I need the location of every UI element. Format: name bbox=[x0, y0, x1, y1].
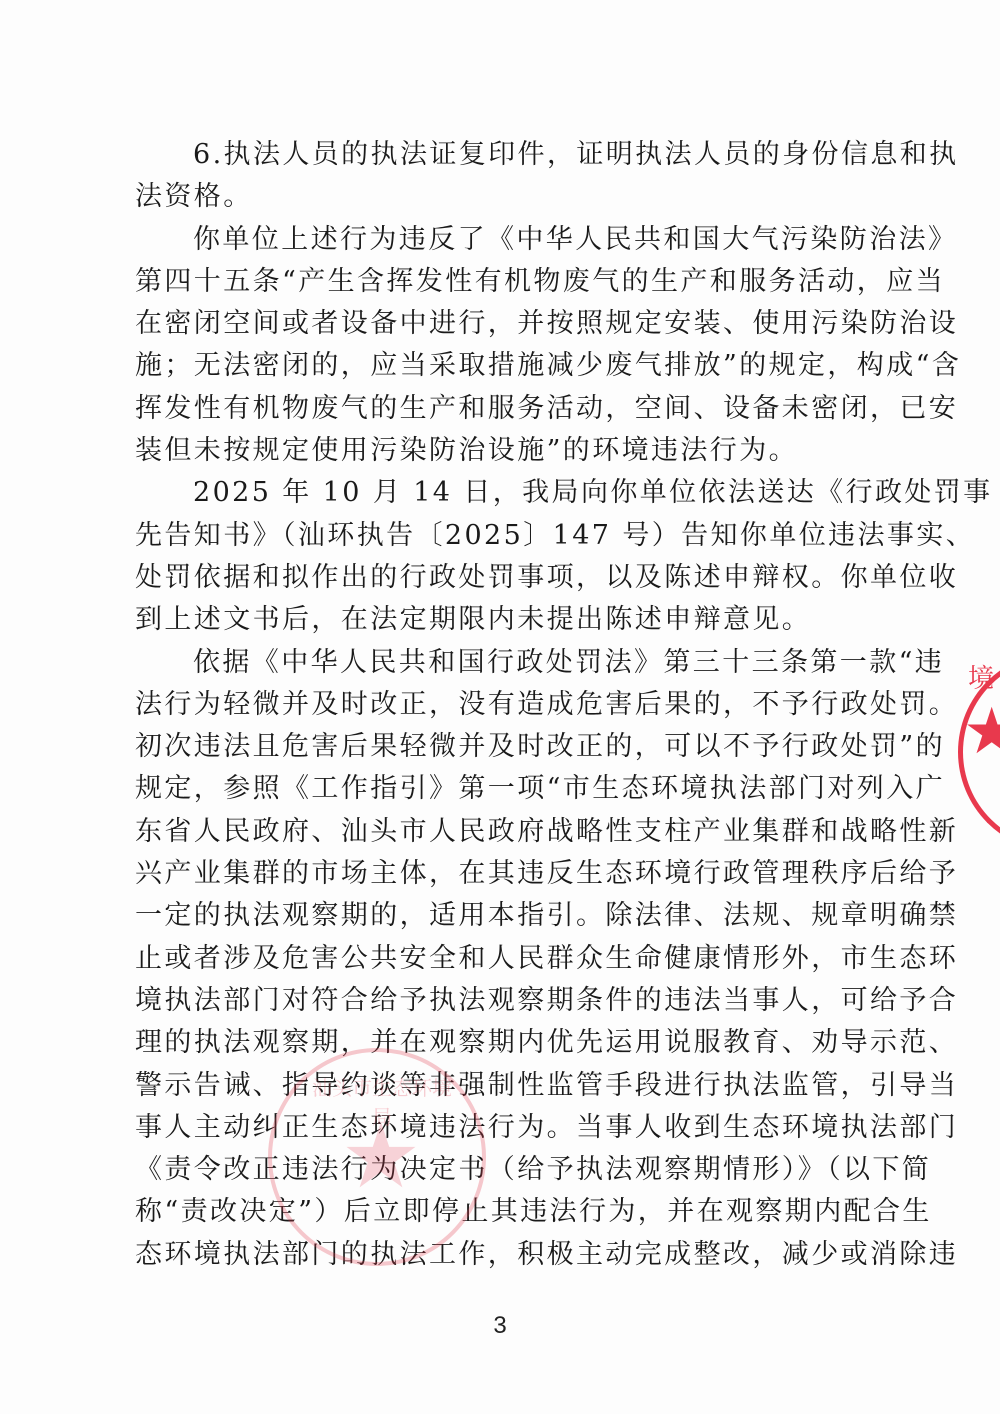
text-line: 兴产业集群的市场主体，在其违反生态环境行政管理秩序后给予 bbox=[135, 853, 887, 895]
text-line: 在密闭空间或者设备中进行，并按照规定安装、使用污染防治设 bbox=[135, 303, 887, 345]
text-line: 东省人民政府、汕头市人民政府战略性支柱产业集群和战略性新 bbox=[135, 811, 887, 853]
text-line: 规定，参照《工作指引》第一项“市生态环境执法部门对列入广 bbox=[135, 768, 887, 810]
text-line: 称“责改决定”）后立即停止其违法行为，并在观察期内配合生 bbox=[135, 1191, 887, 1233]
seal-char: 境 bbox=[968, 658, 994, 695]
body-text: 6.执法人员的执法证复印件，证明执法人员的身份信息和执 法资格。 你单位上述行为… bbox=[135, 134, 887, 1276]
text-line: 处罚依据和拟作出的行政处罚事项，以及陈述申辩权。你单位收 bbox=[135, 557, 887, 599]
official-seal-edge: 境 ★ bbox=[940, 630, 1000, 880]
text-line: 挥发性有机物废气的生产和服务活动，空间、设备未密闭，已安 bbox=[135, 388, 887, 430]
text-line: 《责令改正违法行为决定书（给予执法观察期情形）》（以下简 bbox=[135, 1149, 887, 1191]
text-line: 初次违法且危害后果轻微并及时改正的，可以不予行政处罚”的 bbox=[135, 726, 887, 768]
page-number: 3 bbox=[0, 1312, 1000, 1340]
text-line: 第四十五条“产生含挥发性有机物废气的生产和服务活动，应当 bbox=[135, 261, 887, 303]
text-line: 到上述文书后，在法定期限内未提出陈述申辩意见。 bbox=[135, 599, 887, 641]
star-icon: ★ bbox=[963, 700, 1000, 764]
text-line: 态环境执法部门的执法工作，积极主动完成整改，减少或消除违 bbox=[135, 1234, 887, 1276]
text-line: 你单位上述行为违反了《中华人民共和国大气污染防治法》 bbox=[135, 219, 887, 261]
text-line: 警示告诫、指导约谈等非强制性监管手段进行执法监管，引导当 bbox=[135, 1065, 887, 1107]
text-line: 法资格。 bbox=[135, 176, 887, 218]
text-line: 一定的执法观察期的，适用本指引。除法律、法规、规章明确禁 bbox=[135, 895, 887, 937]
text-line: 理的执法观察期，并在观察期内优先运用说服教育、劝导示范、 bbox=[135, 1022, 887, 1064]
text-line: 依据《中华人民共和国行政处罚法》第三十三条第一款“违 bbox=[135, 642, 887, 684]
text-line: 法行为轻微并及时改正，没有造成危害后果的，不予行政处罚。 bbox=[135, 684, 887, 726]
text-line: 止或者涉及危害公共安全和人民群众生命健康情形外，市生态环 bbox=[135, 938, 887, 980]
text-line: 装但未按规定使用污染防治设施”的环境违法行为。 bbox=[135, 430, 887, 472]
text-line: 施；无法密闭的，应当采取措施减少废气排放”的规定，构成“含 bbox=[135, 345, 887, 387]
text-line: 境执法部门对符合给予执法观察期条件的违法当事人，可给予合 bbox=[135, 980, 887, 1022]
text-line: 2025 年 10 月 14 日，我局向你单位依法送达《行政处罚事 bbox=[135, 472, 887, 514]
document-page: 6.执法人员的执法证复印件，证明执法人员的身份信息和执 法资格。 你单位上述行为… bbox=[0, 0, 1000, 1414]
text-line: 事人主动纠正生态环境违法行为。当事人收到生态环境执法部门 bbox=[135, 1107, 887, 1149]
text-line: 先告知书》（汕环执告〔2025〕147 号）告知你单位违法事实、 bbox=[135, 515, 887, 557]
text-line: 6.执法人员的执法证复印件，证明执法人员的身份信息和执 bbox=[135, 134, 887, 176]
